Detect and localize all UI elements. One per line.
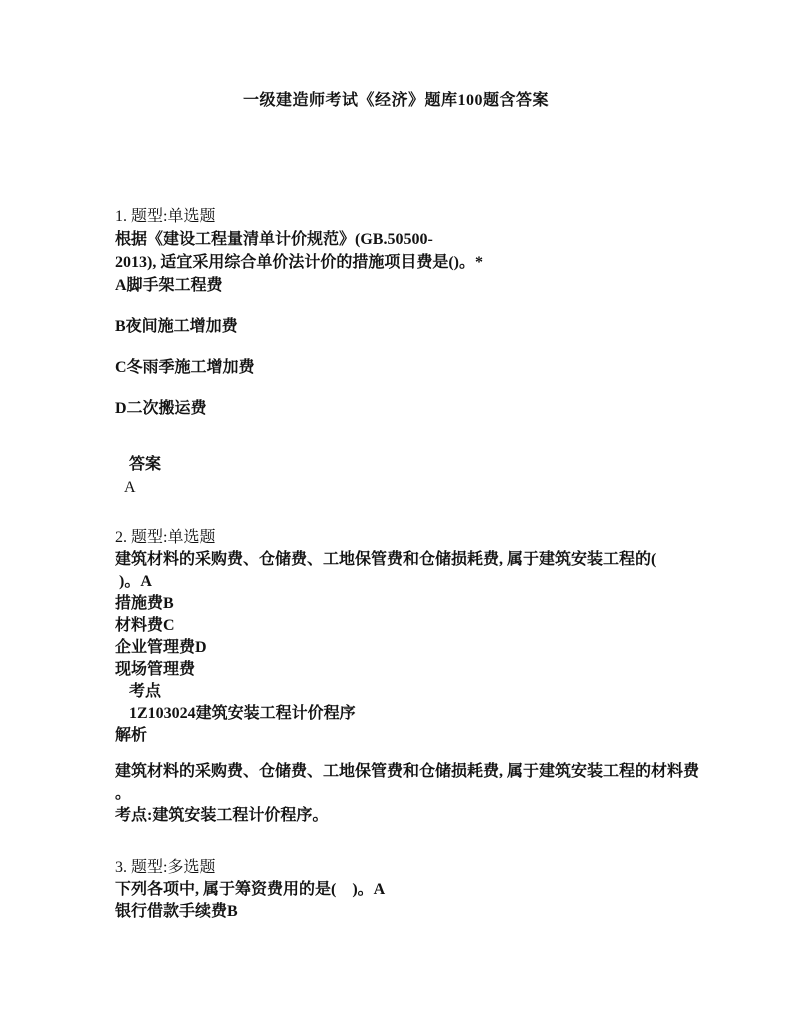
answer-value: A — [115, 476, 690, 499]
document-title: 一级建造师考试《经济》题库100题含答案 — [0, 90, 792, 112]
option-line-a: 措施费B — [115, 593, 690, 615]
spacer — [115, 379, 690, 397]
spacer — [115, 827, 690, 857]
option-line-c: 企业管理费D — [115, 637, 690, 659]
exam-point-label: 考点 — [115, 681, 690, 703]
analysis-line: 。 — [115, 783, 690, 805]
question-block-2: 2. 题型:单选题 建筑材料的采购费、仓储费、工地保管费和仓储损耗费, 属于建筑… — [115, 527, 690, 827]
spacer — [115, 747, 690, 761]
spacer — [115, 297, 690, 315]
document-page: 一级建造师考试《经济》题库100题含答案 1. 题型:单选题 根据《建设工程量清… — [0, 0, 792, 1025]
document-content: 1. 题型:单选题 根据《建设工程量清单计价规范》(GB.50500- 2013… — [115, 112, 690, 923]
exam-point-value: 1Z103024建筑安装工程计价程序 — [115, 703, 690, 725]
question-type-label: 3. 题型:多选题 — [115, 857, 690, 879]
analysis-line: 考点:建筑安装工程计价程序。 — [115, 805, 690, 827]
spacer — [115, 420, 690, 453]
option-line-b: B夜间施工增加费 — [115, 315, 690, 338]
question-stem-line: 建筑材料的采购费、仓储费、工地保管费和仓储损耗费, 属于建筑安装工程的( — [115, 549, 690, 571]
option-line-b: 材料费C — [115, 615, 690, 637]
option-line-d: 现场管理费 — [115, 659, 690, 681]
question-type-label: 2. 题型:单选题 — [115, 527, 690, 549]
analysis-label: 解析 — [115, 725, 690, 747]
question-stem-line: 2013), 适宜采用综合单价法计价的措施项目费是()。* — [115, 251, 690, 274]
spacer — [115, 112, 690, 205]
question-stem-line: 根据《建设工程量清单计价规范》(GB.50500- — [115, 228, 690, 251]
answer-label: 答案 — [115, 453, 690, 476]
option-line-a: 银行借款手续费B — [115, 901, 690, 923]
question-block-1: 1. 题型:单选题 根据《建设工程量清单计价规范》(GB.50500- 2013… — [115, 205, 690, 499]
spacer — [115, 499, 690, 527]
question-block-3: 3. 题型:多选题 下列各项中, 属于筹资费用的是( )。A 银行借款手续费B — [115, 857, 690, 923]
option-line-c: C冬雨季施工增加费 — [115, 356, 690, 379]
option-line-d: D二次搬运费 — [115, 397, 690, 420]
question-stem-line: )。A — [115, 571, 690, 593]
analysis-line: 建筑材料的采购费、仓储费、工地保管费和仓储损耗费, 属于建筑安装工程的材料费 — [115, 761, 690, 783]
question-stem-line: 下列各项中, 属于筹资费用的是( )。A — [115, 879, 690, 901]
question-type-label: 1. 题型:单选题 — [115, 205, 690, 228]
option-line-a: A脚手架工程费 — [115, 274, 690, 297]
spacer — [115, 338, 690, 356]
